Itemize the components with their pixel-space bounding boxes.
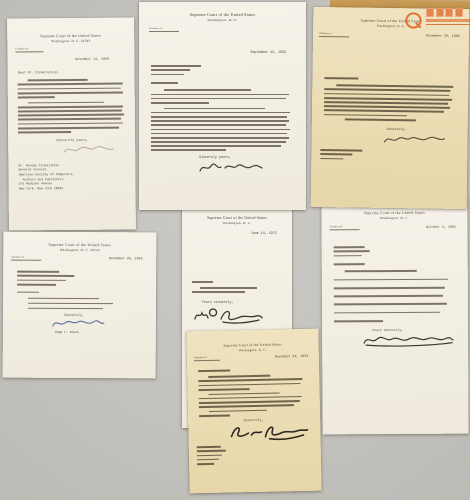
illegible-text-line — [334, 303, 447, 305]
chambers-stamp: Chambers of — [194, 356, 224, 362]
body-paragraph — [198, 391, 310, 408]
body-paragraph — [17, 307, 144, 310]
recipient-block — [151, 65, 290, 75]
illegible-text-line — [197, 446, 221, 448]
illegible-text-line — [151, 141, 286, 143]
body-paragraph — [18, 101, 128, 133]
illegible-text-line — [17, 284, 57, 286]
illegible-text-line — [18, 105, 123, 108]
illegible-text-line — [18, 118, 121, 121]
illegible-text-line — [198, 370, 230, 372]
illegible-text-line — [18, 96, 55, 98]
illegible-text-line — [151, 124, 286, 126]
letter-mid-left: Supreme Court of the United States Washi… — [3, 232, 157, 379]
letter-date: June 14, 1972 — [182, 231, 277, 235]
illegible-text-line — [197, 454, 222, 456]
illegible-text-line — [17, 271, 59, 273]
letterhead-city: Washington, D. C. — [139, 18, 306, 22]
illegible-text-line — [18, 87, 121, 90]
illegible-text-line — [151, 137, 289, 139]
watermark-character — [445, 8, 453, 17]
watermark-glyphs — [426, 8, 470, 17]
illegible-text-line — [164, 108, 266, 110]
letterhead: Supreme Court of the United States Washi… — [139, 12, 306, 22]
letterhead-title: Supreme Court of the United States — [182, 216, 292, 220]
letterhead: Supreme Court of the United States Washi… — [187, 342, 319, 354]
illegible-text-line — [324, 114, 406, 117]
signature-pencil-illegible — [61, 142, 117, 156]
recipient-block — [197, 445, 282, 465]
illegible-text-line — [18, 122, 123, 125]
letterhead: Supreme Court of the United States Washi… — [321, 211, 467, 221]
letterhead-title: Supreme Court of the United States — [3, 243, 156, 248]
illegible-text-line — [192, 291, 245, 293]
illegible-text-line — [192, 281, 213, 283]
letterhead-title: Supreme Court of the United States — [321, 211, 467, 216]
illegible-text-line — [18, 83, 123, 86]
illegible-text-line — [151, 112, 290, 114]
closing: Yours sincerely, — [372, 328, 468, 333]
illegible-text-line — [334, 287, 446, 289]
body-paragraph — [151, 89, 296, 103]
illegible-text-line — [151, 65, 201, 67]
letter-date: September 13, 1939 — [139, 50, 286, 54]
letterhead-city: Washington, D. C. — [321, 216, 467, 221]
letter-date: November 14, 1969 — [7, 57, 109, 62]
illegible-text-line — [209, 410, 267, 413]
illegible-text-line — [325, 93, 450, 96]
letter-mid-right: Supreme Court of the United States Washi… — [321, 196, 468, 435]
watermark-character — [426, 8, 434, 17]
illegible-text-line — [18, 131, 70, 133]
illegible-text-line — [198, 396, 301, 400]
letter-top-left: Supreme Court of the United States Washi… — [7, 17, 136, 230]
illegible-text-line — [151, 133, 288, 135]
watermark-subtext — [426, 19, 470, 23]
body-paragraph — [198, 374, 310, 391]
letterhead: Supreme Court of the United States Washi… — [3, 243, 156, 253]
illegible-text-line — [18, 110, 122, 113]
illegible-text-line — [324, 110, 443, 113]
watermark-character — [436, 8, 444, 17]
closing: Sincerely yours, — [199, 155, 306, 159]
illegible-text-line — [325, 101, 448, 104]
salutation-line — [17, 291, 141, 294]
closing: Yours sincerely, — [202, 300, 292, 304]
salutation-line — [333, 263, 453, 266]
letterhead-city: Washington, D. C. — [182, 221, 292, 225]
chambers-stamp: Chambers of — [149, 27, 183, 32]
body-paragraph — [192, 287, 283, 293]
letterhead: Supreme Court of the United States Washi… — [7, 33, 134, 43]
letter-date: October 5, 1965 — [426, 225, 456, 230]
illegible-text-line — [325, 77, 358, 79]
illegible-text-line — [151, 94, 289, 96]
illegible-text-line — [333, 255, 362, 257]
chambers-stamp: Chambers of — [11, 256, 45, 261]
salutation-line — [198, 368, 306, 372]
body-paragraph — [18, 79, 127, 98]
illegible-text-line — [345, 270, 417, 272]
illegible-text-line — [337, 85, 454, 88]
illegible-text-line — [333, 264, 364, 266]
body-paragraph — [17, 302, 144, 305]
signature-illegible — [196, 160, 266, 176]
illegible-text-line — [151, 116, 288, 118]
illegible-text-line — [208, 392, 280, 395]
body-paragraph — [324, 84, 457, 117]
illegible-text-line — [18, 91, 123, 94]
illegible-text-line — [151, 120, 289, 122]
illegible-text-line — [17, 275, 74, 277]
illegible-text-line — [198, 404, 293, 408]
illegible-text-line — [28, 302, 113, 304]
illegible-text-line — [151, 98, 286, 100]
illegible-text-line — [151, 82, 179, 84]
illegible-text-line — [325, 97, 452, 100]
illegible-text-line — [321, 154, 352, 156]
illegible-text-line — [151, 102, 209, 104]
body-paragraph — [199, 409, 311, 417]
recipient-block — [333, 246, 453, 257]
illegible-text-line — [198, 388, 250, 391]
illegible-text-line — [18, 126, 118, 129]
chambers-stamp: Chambers of — [15, 47, 47, 53]
illegible-text-line — [28, 79, 88, 81]
chambers-stamp: Chambers of — [319, 32, 353, 38]
watermark-character — [455, 8, 463, 17]
illegible-text-line — [198, 400, 299, 404]
illegible-text-line — [198, 378, 302, 382]
recipient-block — [17, 271, 141, 286]
illegible-text-line — [208, 375, 271, 378]
illegible-text-line — [28, 297, 99, 299]
watermark-underline — [426, 24, 470, 25]
illegible-text-line — [199, 414, 230, 416]
salutation-line — [325, 77, 453, 81]
illegible-text-line — [151, 74, 184, 76]
illegible-text-line — [334, 320, 384, 322]
illegible-text-line — [325, 89, 451, 92]
recipient-block — [321, 149, 452, 161]
illegible-text-line — [151, 149, 227, 151]
illegible-text-line — [17, 279, 67, 281]
body-paragraph — [151, 108, 296, 152]
illegible-text-line — [28, 307, 103, 309]
letter-bottom: Supreme Court of the United States Washi… — [186, 329, 321, 494]
illegible-text-line — [333, 278, 447, 280]
illegible-text-line — [197, 450, 226, 452]
body-paragraph — [333, 270, 457, 322]
salutation-line — [192, 281, 281, 283]
letterhead: Supreme Court of the United States Washi… — [182, 216, 292, 225]
illegible-text-line — [333, 251, 369, 253]
illegible-text-line — [321, 149, 363, 151]
illegible-text-line — [321, 158, 343, 160]
illegible-text-line — [334, 312, 441, 314]
illegible-text-line — [198, 383, 300, 387]
salutation: Dear Mr. Finkelstein, — [18, 70, 135, 75]
signature-wm-o-douglas — [192, 306, 264, 326]
illegible-text-line — [345, 119, 417, 122]
salutation-line — [151, 82, 290, 84]
documents-photo: Supreme Court of the United States Washi… — [0, 0, 470, 500]
signature-earl-warren — [225, 421, 309, 444]
signature-illegible — [380, 132, 448, 148]
letter-top-right: Supreme Court of the United States Washi… — [311, 7, 470, 209]
illegible-text-line — [333, 246, 364, 248]
illegible-text-line — [17, 291, 39, 293]
letterhead-title: Supreme Court of the United States — [139, 12, 306, 17]
illegible-text-line — [164, 89, 251, 91]
illegible-text-line — [197, 458, 219, 460]
illegible-text-line — [324, 105, 450, 108]
closing: Sincerely yours, — [56, 137, 135, 142]
auction-watermark — [404, 8, 470, 30]
body-paragraph — [17, 297, 144, 300]
letter-date: November 23, 1953 — [275, 354, 309, 360]
letterhead-city: Washington, D. C. 20543 — [3, 248, 156, 253]
circle-logo-icon — [404, 11, 423, 30]
illegible-text-line — [18, 114, 124, 117]
letterhead-city: Washington, D. C. 20543 — [7, 38, 134, 43]
illegible-text-line — [334, 295, 443, 297]
illegible-text-line — [151, 145, 282, 147]
illegible-text-line — [197, 463, 214, 465]
recipient-block: Mr. Herman Finkelstein General Counsel A… — [18, 162, 135, 191]
illegible-text-line — [28, 101, 104, 103]
closing: Sincerely, — [64, 312, 156, 316]
illegible-text-line — [200, 287, 257, 289]
signature-hugo-black — [49, 316, 107, 329]
chambers-stamp: Chambers of — [330, 225, 364, 230]
illegible-text-line — [151, 129, 290, 131]
illegible-text-line — [151, 69, 190, 71]
letter-date: December 30, 1963 — [109, 256, 143, 261]
centered-line — [345, 119, 468, 123]
signature-illegible — [360, 333, 456, 349]
typed-signature-name: Hugo L. Black — [55, 329, 156, 334]
letter-top-center: Supreme Court of the United States Washi… — [139, 2, 306, 210]
letter-date: November 29, 1965 — [426, 33, 460, 39]
